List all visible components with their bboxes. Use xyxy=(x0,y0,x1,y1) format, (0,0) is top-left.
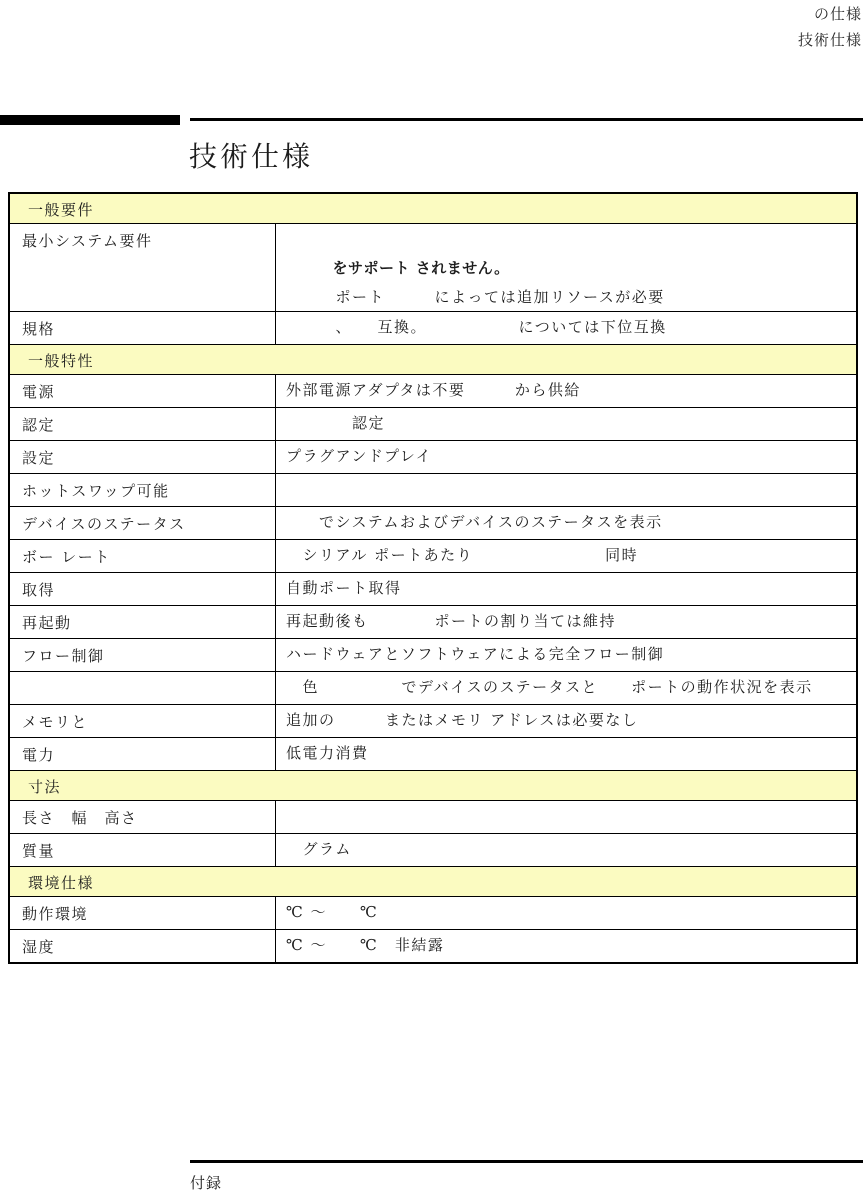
spec-label-cell: 質量 xyxy=(10,834,276,866)
spec-row: 取得自動ポート取得 xyxy=(10,572,856,605)
spec-value-cell: でシステムおよびデバイスのステータスを表示 xyxy=(276,507,856,539)
spec-row: 最小システム要件 をサポート されません。 ポート によっては追加リソースが必要 xyxy=(10,223,856,311)
spec-label-cell: メモリと xyxy=(10,705,276,737)
spec-row: 動作環境℃ ～ ℃ xyxy=(10,896,856,929)
running-header-line1: の仕様 xyxy=(798,1,862,27)
spec-value-cell: ハードウェアとソフトウェアによる完全フロー制御 xyxy=(276,639,856,671)
spec-row: 再起動再起動後も ポートの割り当ては維持 xyxy=(10,605,856,638)
spec-value-line: をサポート されません。 xyxy=(286,259,848,278)
spec-label-cell: 動作環境 xyxy=(10,897,276,929)
spec-table: 一般要件最小システム要件 をサポート されません。 ポート によっては追加リソー… xyxy=(8,192,858,964)
running-header: の仕様 技術仕様 xyxy=(798,1,862,53)
spec-value-cell: シリアル ポートあたり 同時 xyxy=(276,540,856,572)
spec-value-line xyxy=(286,807,848,826)
section-header-row: 一般特性 xyxy=(10,344,856,374)
spec-row: ホットスワップ可能 xyxy=(10,473,856,506)
footer-rule xyxy=(190,1160,863,1163)
section-header-row: 一般要件 xyxy=(10,194,856,223)
spec-value-cell: 低電力消費 xyxy=(276,738,856,770)
spec-row: 色 でデバイスのステータスと ポートの動作状況を表示 xyxy=(10,671,856,704)
spec-row: 電力低電力消費 xyxy=(10,737,856,770)
footer-label: 付録 xyxy=(190,1172,222,1192)
section-header-row: 寸法 xyxy=(10,770,856,800)
section-header-label: 寸法 xyxy=(10,771,856,800)
spec-label-cell: 規格 xyxy=(10,312,276,344)
spec-label-cell: 設定 xyxy=(10,441,276,473)
spec-value-cell: 色 でデバイスのステータスと ポートの動作状況を表示 xyxy=(276,672,856,704)
spec-value-cell: ℃ ～ ℃ 非結露 xyxy=(276,930,856,962)
spec-value-cell: ℃ ～ ℃ xyxy=(276,897,856,929)
spec-value-cell: グラム xyxy=(276,834,856,866)
spec-label-cell: 最小システム要件 xyxy=(10,224,276,311)
spec-value-line: 自動ポート取得 xyxy=(286,579,848,598)
spec-value-cell: 認定 xyxy=(276,408,856,440)
spec-row: 質量 グラム xyxy=(10,833,856,866)
section-header-label: 環境仕様 xyxy=(10,867,856,896)
spec-row: 長さ 幅 高さ xyxy=(10,800,856,833)
spec-value-line: シリアル ポートあたり 同時 xyxy=(286,546,848,565)
spec-label-cell: 再起動 xyxy=(10,606,276,638)
spec-label-cell: 取得 xyxy=(10,573,276,605)
document-page: { "meta": { "header_right_line1": "の仕様",… xyxy=(0,0,865,1192)
spec-value-cell xyxy=(276,474,856,506)
spec-label-cell: 認定 xyxy=(10,408,276,440)
spec-row: 湿度℃ ～ ℃ 非結露 xyxy=(10,929,856,962)
spec-row: 規格 、 互換。 については下位互換 xyxy=(10,311,856,344)
spec-label-cell: ボー レート xyxy=(10,540,276,572)
spec-label-cell: 電力 xyxy=(10,738,276,770)
spec-value-line: ハードウェアとソフトウェアによる完全フロー制御 xyxy=(286,645,848,664)
running-header-line2: 技術仕様 xyxy=(798,27,862,53)
spec-label-cell: フロー制御 xyxy=(10,639,276,671)
spec-row: デバイスのステータス でシステムおよびデバイスのステータスを表示 xyxy=(10,506,856,539)
section-header-label: 一般要件 xyxy=(10,194,856,223)
spec-value-line xyxy=(286,480,848,499)
spec-value-cell: 再起動後も ポートの割り当ては維持 xyxy=(276,606,856,638)
spec-value-line: 外部電源アダプタは不要 から供給 xyxy=(286,381,848,400)
section-header-label: 一般特性 xyxy=(10,345,856,374)
spec-value-line: 追加の またはメモリ アドレスは必要なし xyxy=(286,711,848,730)
spec-value-cell: 外部電源アダプタは不要 から供給 xyxy=(276,375,856,407)
spec-label-cell: 電源 xyxy=(10,375,276,407)
section-header-row: 環境仕様 xyxy=(10,866,856,896)
spec-row: メモリと追加の またはメモリ アドレスは必要なし xyxy=(10,704,856,737)
spec-value-cell xyxy=(276,801,856,833)
spec-value-line: 色 でデバイスのステータスと ポートの動作状況を表示 xyxy=(286,678,848,697)
chapter-rule-thick xyxy=(0,115,180,125)
spec-row: 認定 認定 xyxy=(10,407,856,440)
spec-value-line: ℃ ～ ℃ xyxy=(286,903,848,922)
spec-row: 電源外部電源アダプタは不要 から供給 xyxy=(10,374,856,407)
chapter-rule-thin xyxy=(190,118,863,121)
spec-value-line xyxy=(286,230,848,249)
spec-value-line: 再起動後も ポートの割り当ては維持 xyxy=(286,612,848,631)
spec-row: 設定プラグアンドプレイ xyxy=(10,440,856,473)
spec-label-cell xyxy=(10,672,276,704)
spec-row: フロー制御ハードウェアとソフトウェアによる完全フロー制御 xyxy=(10,638,856,671)
spec-row: ボー レート シリアル ポートあたり 同時 xyxy=(10,539,856,572)
spec-value-line: 、 互換。 については下位互換 xyxy=(286,318,848,337)
spec-value-cell: 追加の またはメモリ アドレスは必要なし xyxy=(276,705,856,737)
spec-label-cell: 長さ 幅 高さ xyxy=(10,801,276,833)
spec-label-cell: ホットスワップ可能 xyxy=(10,474,276,506)
page-title: 技術仕様 xyxy=(189,135,313,175)
spec-label-cell: デバイスのステータス xyxy=(10,507,276,539)
spec-value-line: でシステムおよびデバイスのステータスを表示 xyxy=(286,513,848,532)
spec-value-line: 低電力消費 xyxy=(286,744,848,763)
spec-value-cell: をサポート されません。 ポート によっては追加リソースが必要 xyxy=(276,224,856,311)
spec-value-cell: 、 互換。 については下位互換 xyxy=(276,312,856,344)
spec-value-cell: 自動ポート取得 xyxy=(276,573,856,605)
spec-label-cell: 湿度 xyxy=(10,930,276,962)
spec-value-line: グラム xyxy=(286,840,848,859)
spec-value-line: プラグアンドプレイ xyxy=(286,447,848,466)
spec-value-line: ポート によっては追加リソースが必要 xyxy=(286,288,848,307)
spec-value-cell: プラグアンドプレイ xyxy=(276,441,856,473)
spec-value-line: 認定 xyxy=(286,414,848,433)
spec-value-line: ℃ ～ ℃ 非結露 xyxy=(286,936,848,955)
